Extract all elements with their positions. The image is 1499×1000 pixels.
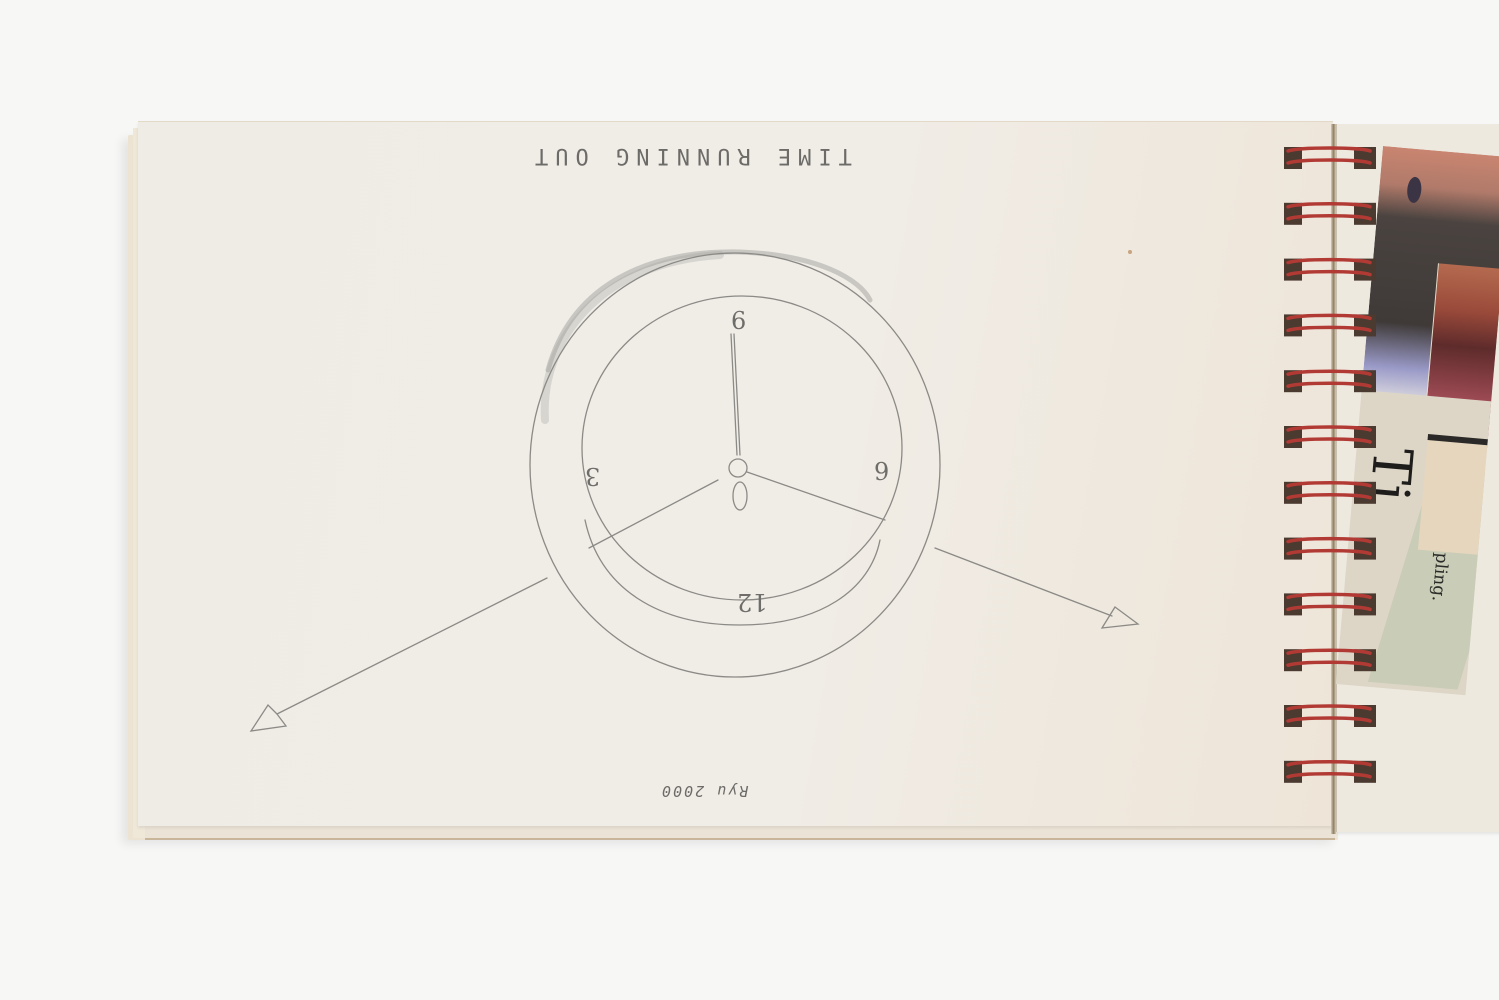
sketchbook-photo: TIME RUNNING OUT Ryu 2000 9 6 3 12 Ti pl… [0,0,1499,1000]
spiral-binding [0,0,1499,1000]
